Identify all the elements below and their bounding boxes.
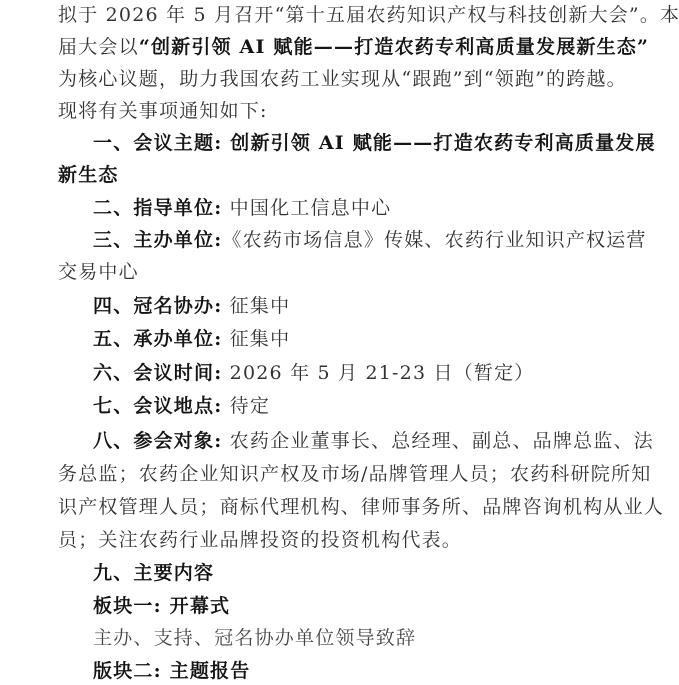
item-label: 五、承办单位: xyxy=(93,328,222,350)
item-date: 六、会议时间: 2026 年 5 月 21-23 日（暂定） xyxy=(93,361,641,385)
section-title: 开幕式 xyxy=(170,595,231,617)
item-guiding-unit: 二、指导单位: 中国化工信息中心 xyxy=(93,196,641,220)
item-host-unit-continuation: 交易中心 xyxy=(58,260,606,284)
item-attendees-line-4: 员；关注农药行业品牌投资的投资机构代表。 xyxy=(58,528,606,552)
document-page: 拟于 2026 年 5 月召开“第十五届农药知识产权与科技创新大会”。本 届大会… xyxy=(0,0,679,685)
intro-line-3: 为核心议题，助力我国农药工业实现从“跟跑”到“领跑”的跨越。 xyxy=(58,67,606,91)
item-label: 一、会议主题: xyxy=(93,132,222,154)
item-value: 创新引领 AI 赋能——打造农药专利高质量发展 xyxy=(230,132,655,154)
item-title-sponsor: 四、冠名协办: 征集中 xyxy=(93,294,641,318)
item-main-content: 九、主要内容 xyxy=(93,561,641,585)
item-attendees: 八、参会对象: 农药企业董事长、总经理、副总、品牌总监、法 xyxy=(93,429,604,453)
item-theme: 一、会议主题: 创新引领 AI 赋能——打造农药专利高质量发展 xyxy=(93,131,604,155)
intro-line-2: 届大会以“创新引领 AI 赋能——打造农药专利高质量发展新生态” xyxy=(58,35,606,59)
item-organizer: 五、承办单位: 征集中 xyxy=(93,327,641,351)
item-value: 待定 xyxy=(230,395,270,417)
item-attendees-line-3: 识产权管理人员；商标代理机构、律师事务所、品牌咨询机构从业人 xyxy=(58,495,606,519)
item-value: 征集中 xyxy=(230,328,291,350)
section-title: 主题报告 xyxy=(170,660,251,682)
section-keynote: 版块二: 主题报告 xyxy=(93,659,641,683)
section-label: 板块一: xyxy=(93,595,162,617)
item-label: 三、主办单位: xyxy=(93,229,222,251)
item-label: 四、冠名协办: xyxy=(93,295,222,317)
item-label: 八、参会对象: xyxy=(93,430,222,452)
section-label: 版块二: xyxy=(93,660,162,682)
item-label: 二、指导单位: xyxy=(93,197,222,219)
item-label: 七、会议地点: xyxy=(93,395,222,417)
item-attendees-line-2: 务总监；农药企业知识产权及市场/品牌管理人员；农药科研院所知 xyxy=(58,462,606,486)
item-value: 征集中 xyxy=(230,295,291,317)
intro-prefix: 届大会以 xyxy=(58,36,139,58)
item-host-unit: 三、主办单位:《农药市场信息》传媒、农药行业知识产权运营 xyxy=(93,228,604,252)
item-venue: 七、会议地点: 待定 xyxy=(93,394,641,418)
item-value: 农药企业董事长、总经理、副总、品牌总监、法 xyxy=(230,430,654,452)
section-opening: 板块一: 开幕式 xyxy=(93,594,641,618)
item-label: 六、会议时间: xyxy=(93,362,222,384)
item-value: 2026 年 5 月 21-23 日（暂定） xyxy=(230,362,535,384)
conference-theme-quote: “创新引领 AI 赋能——打造农药专利高质量发展新生态” xyxy=(139,36,649,58)
item-theme-continuation: 新生态 xyxy=(58,163,606,187)
item-value: 中国化工信息中心 xyxy=(230,197,392,219)
intro-line-1: 拟于 2026 年 5 月召开“第十五届农药知识产权与科技创新大会”。本 xyxy=(58,3,606,27)
intro-line-4: 现将有关事项通知如下: xyxy=(58,99,606,123)
item-value: 《农药市场信息》传媒、农药行业知识产权运营 xyxy=(222,229,646,251)
section-opening-body: 主办、支持、冠名协办单位领导致辞 xyxy=(93,626,641,650)
